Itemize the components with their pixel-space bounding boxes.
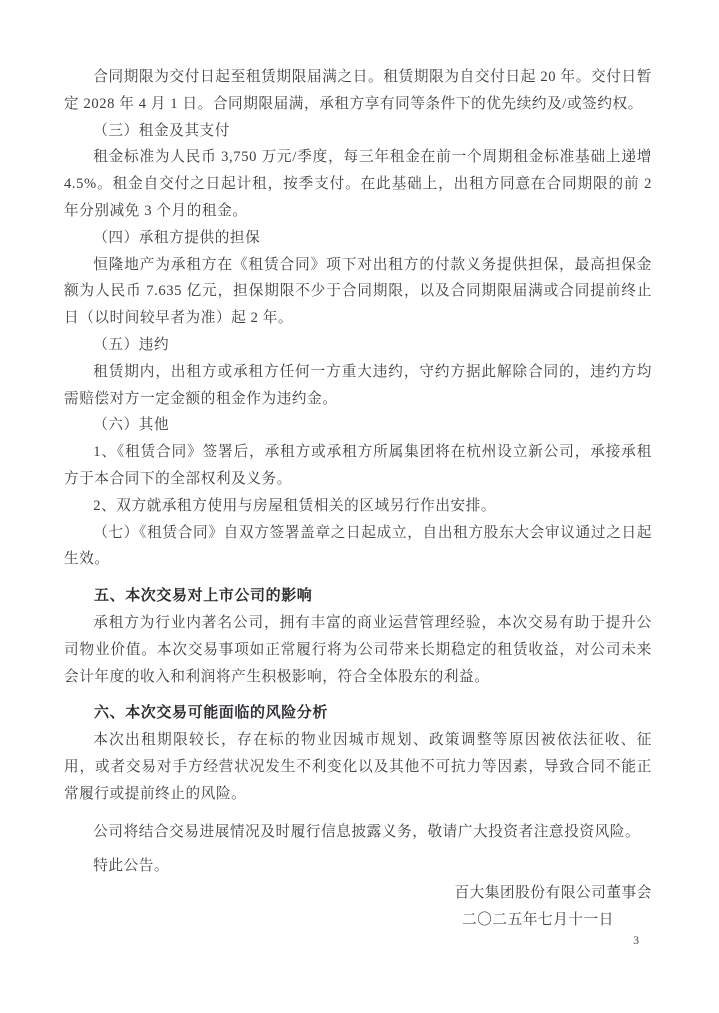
announcement-page: 合同期限为交付日起至租赁期限届满之日。租赁期限为自交付日起 20 年。交付日暂定… xyxy=(0,0,719,1013)
paragraph-rent-standard: 租金标准为人民币 3,750 万元/季度，每三年租金在前一个周期租金标准基础上递… xyxy=(64,144,652,224)
section-heading-impact: 五、本次交易对上市公司的影响 xyxy=(64,583,652,610)
paragraph-guarantee-detail: 恒隆地产为承租方在《租赁合同》项下对出租方的付款义务提供担保，最高担保金额为人民… xyxy=(64,252,652,332)
subsection-title-guarantee: （四）承租方提供的担保 xyxy=(64,225,652,252)
paragraph-breach-detail: 租赁期内，出租方或承租方任何一方重大违约，守约方据此解除合同的，违约方均需赔偿对… xyxy=(64,359,652,413)
subsection-title-breach: （五）违约 xyxy=(64,332,652,359)
paragraph-announcement-close: 特此公告。 xyxy=(64,853,652,880)
paragraph-others-item-1: 1、《租赁合同》签署后，承租方或承租方所属集团将在杭州设立新公司，承接承租方于本… xyxy=(64,439,652,493)
subsection-title-rent-payment: （三）租金及其支付 xyxy=(64,118,652,145)
paragraph-contract-term: 合同期限为交付日起至租赁期限届满之日。租赁期限为自交付日起 20 年。交付日暂定… xyxy=(64,64,652,118)
subsection-title-others: （六）其他 xyxy=(64,412,652,439)
paragraph-others-item-2: 2、双方就承租方使用与房屋租赁相关的区域另行作出安排。 xyxy=(64,493,652,520)
signature-company: 百大集团股份有限公司董事会 xyxy=(64,880,652,907)
section-heading-risk: 六、本次交易可能面临的风险分析 xyxy=(64,700,652,727)
document-body: 合同期限为交付日起至租赁期限届满之日。租赁期限为自交付日起 20 年。交付日暂定… xyxy=(64,64,652,934)
paragraph-disclosure-notice: 公司将结合交易进展情况及时履行信息披露义务，敬请广大投资者注意投资风险。 xyxy=(64,819,652,846)
signature-date: 二〇二五年七月十一日 xyxy=(64,907,652,934)
paragraph-contract-effective: （七）《租赁合同》自双方签署盖章之日起成立，自出租方股东大会审议通过之日起生效。 xyxy=(64,520,652,574)
signature-block: 百大集团股份有限公司董事会 二〇二五年七月十一日 xyxy=(64,880,652,934)
page-number: 3 xyxy=(633,933,639,949)
paragraph-risk-detail: 本次出租期限较长，存在标的物业因城市规划、政策调整等原因被依法征收、征用，或者交… xyxy=(64,727,652,807)
paragraph-impact-detail: 承租方为行业内著名公司，拥有丰富的商业运营管理经验，本次交易有助于提升公司物业价… xyxy=(64,610,652,690)
